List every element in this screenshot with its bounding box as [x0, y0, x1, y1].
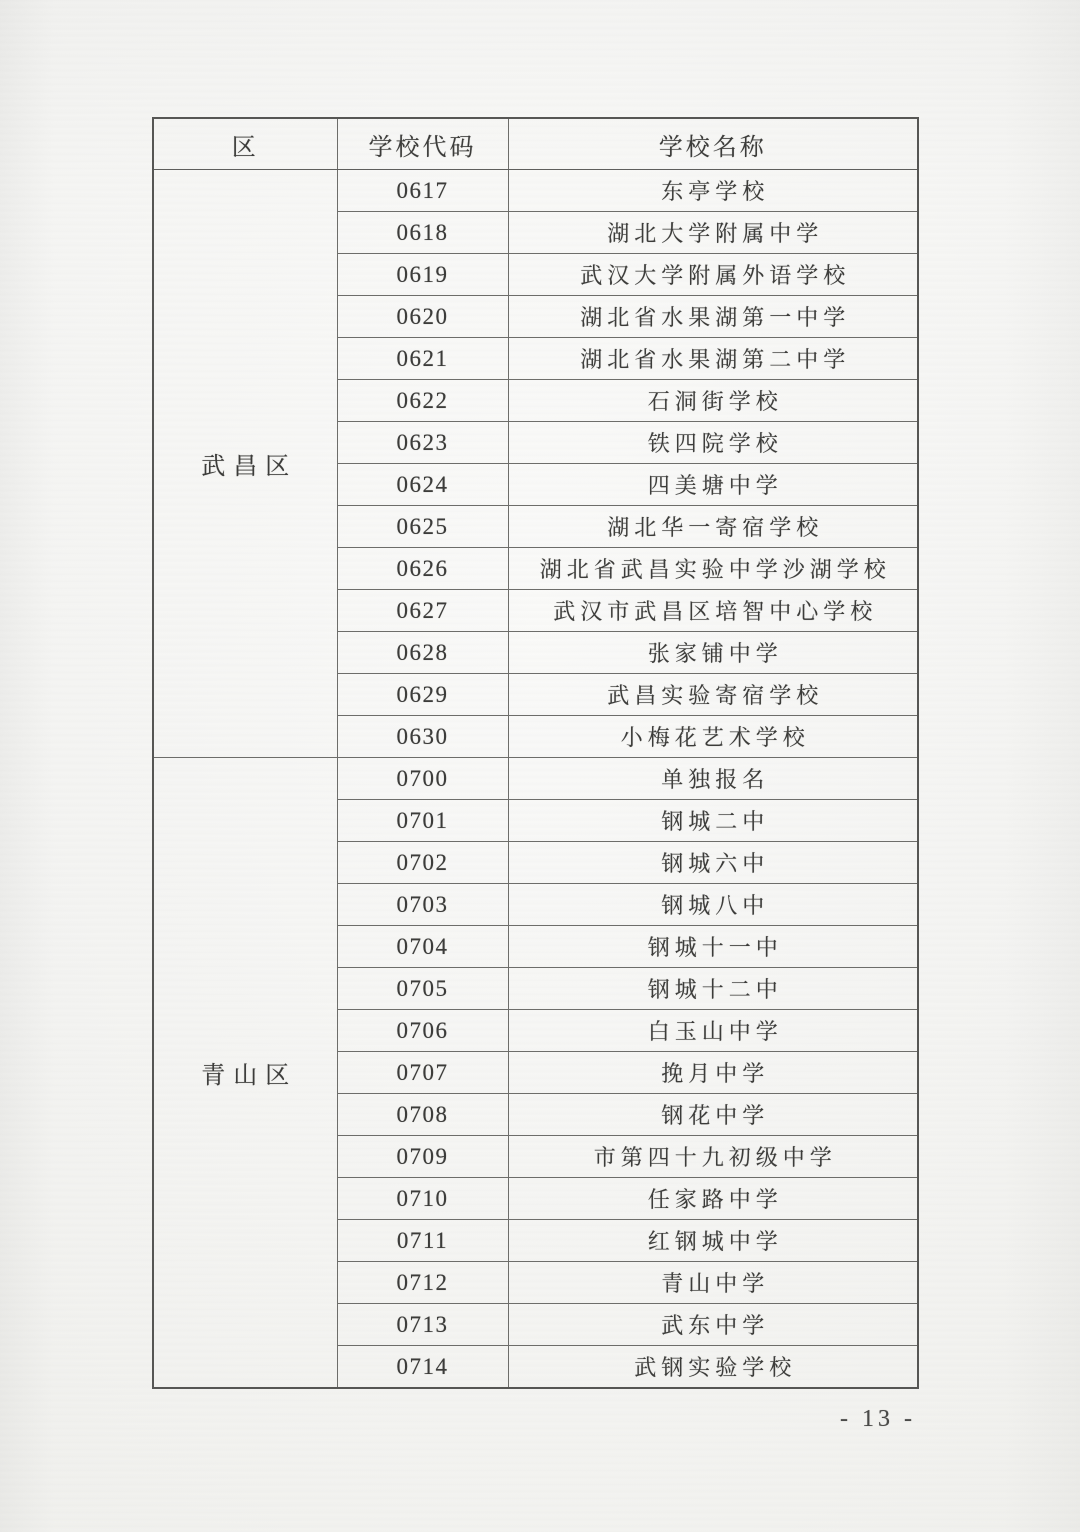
school-code-cell: 0628 [337, 632, 508, 674]
school-name-cell: 东亭学校 [508, 170, 918, 212]
school-code-cell: 0620 [337, 296, 508, 338]
school-name-cell: 钢城八中 [508, 884, 918, 926]
column-header-school-name: 学校名称 [508, 118, 918, 170]
school-code-cell: 0623 [337, 422, 508, 464]
district-cell: 青山区 [153, 758, 337, 1389]
school-code-cell: 0709 [337, 1136, 508, 1178]
school-code-cell: 0624 [337, 464, 508, 506]
school-code-cell: 0702 [337, 842, 508, 884]
table-header-row: 区 学校代码 学校名称 [153, 118, 918, 170]
school-name-cell: 石洞街学校 [508, 380, 918, 422]
column-header-school-code: 学校代码 [337, 118, 508, 170]
school-code-cell: 0711 [337, 1220, 508, 1262]
school-code-cell: 0706 [337, 1010, 508, 1052]
school-name-cell: 市第四十九初级中学 [508, 1136, 918, 1178]
school-name-cell: 红钢城中学 [508, 1220, 918, 1262]
school-code-cell: 0629 [337, 674, 508, 716]
school-code-cell: 0712 [337, 1262, 508, 1304]
school-code-cell: 0708 [337, 1094, 508, 1136]
school-name-cell: 张家铺中学 [508, 632, 918, 674]
school-code-cell: 0700 [337, 758, 508, 800]
school-name-cell: 钢城六中 [508, 842, 918, 884]
school-name-cell: 青山中学 [508, 1262, 918, 1304]
school-code-cell: 0705 [337, 968, 508, 1010]
school-name-cell: 武昌实验寄宿学校 [508, 674, 918, 716]
scanned-document-page: 区 学校代码 学校名称 武昌区0617东亭学校0618湖北大学附属中学0619武… [0, 0, 1080, 1532]
school-name-cell: 小梅花艺术学校 [508, 716, 918, 758]
school-code-cell: 0703 [337, 884, 508, 926]
school-name-cell: 单独报名 [508, 758, 918, 800]
table-row: 武昌区0617东亭学校 [153, 170, 918, 212]
school-name-cell: 湖北省武昌实验中学沙湖学校 [508, 548, 918, 590]
table-row: 青山区0700单独报名 [153, 758, 918, 800]
school-code-cell: 0625 [337, 506, 508, 548]
school-name-cell: 湖北省水果湖第二中学 [508, 338, 918, 380]
school-name-cell: 挽月中学 [508, 1052, 918, 1094]
school-name-cell: 钢城十二中 [508, 968, 918, 1010]
school-name-cell: 武东中学 [508, 1304, 918, 1346]
school-code-cell: 0621 [337, 338, 508, 380]
school-code-cell: 0619 [337, 254, 508, 296]
school-name-cell: 钢花中学 [508, 1094, 918, 1136]
school-code-cell: 0627 [337, 590, 508, 632]
school-name-cell: 任家路中学 [508, 1178, 918, 1220]
page-number: - 13 - [836, 1406, 920, 1433]
school-name-cell: 湖北华一寄宿学校 [508, 506, 918, 548]
school-name-cell: 白玉山中学 [508, 1010, 918, 1052]
school-name-cell: 武汉大学附属外语学校 [508, 254, 918, 296]
school-code-cell: 0618 [337, 212, 508, 254]
school-name-cell: 湖北大学附属中学 [508, 212, 918, 254]
column-header-district: 区 [153, 118, 337, 170]
school-code-cell: 0704 [337, 926, 508, 968]
school-code-cell: 0707 [337, 1052, 508, 1094]
school-code-cell: 0630 [337, 716, 508, 758]
school-name-cell: 钢城十一中 [508, 926, 918, 968]
school-name-cell: 武汉市武昌区培智中心学校 [508, 590, 918, 632]
school-code-cell: 0710 [337, 1178, 508, 1220]
school-name-cell: 四美塘中学 [508, 464, 918, 506]
school-name-cell: 钢城二中 [508, 800, 918, 842]
school-code-cell: 0617 [337, 170, 508, 212]
school-code-cell: 0714 [337, 1346, 508, 1389]
school-code-cell: 0701 [337, 800, 508, 842]
school-name-cell: 铁四院学校 [508, 422, 918, 464]
school-code-cell: 0713 [337, 1304, 508, 1346]
school-code-table: 区 学校代码 学校名称 武昌区0617东亭学校0618湖北大学附属中学0619武… [152, 117, 919, 1389]
school-name-cell: 湖北省水果湖第一中学 [508, 296, 918, 338]
school-code-cell: 0626 [337, 548, 508, 590]
district-cell: 武昌区 [153, 170, 337, 758]
school-table-body: 武昌区0617东亭学校0618湖北大学附属中学0619武汉大学附属外语学校062… [153, 170, 918, 1389]
school-code-cell: 0622 [337, 380, 508, 422]
school-name-cell: 武钢实验学校 [508, 1346, 918, 1389]
